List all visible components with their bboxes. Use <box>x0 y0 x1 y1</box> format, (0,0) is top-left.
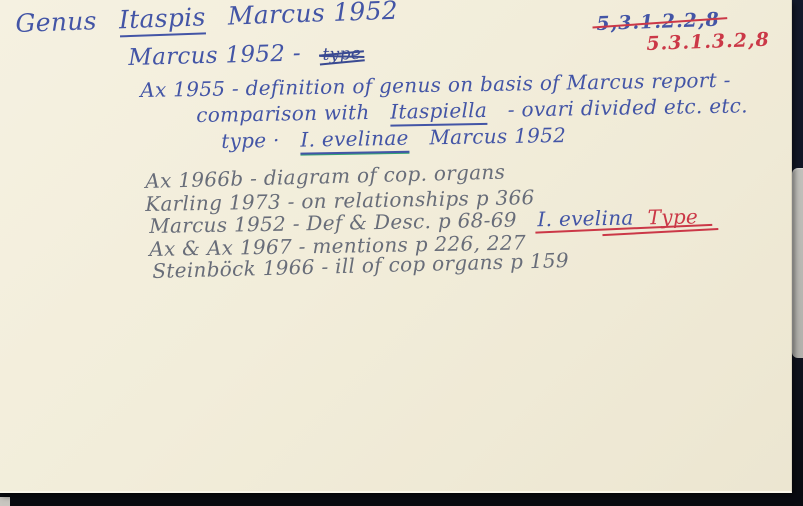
synonym-prefix: Marcus 1952 - <box>128 40 301 71</box>
index-card: Genus Itaspis Marcus 1952 5,3.1.2.2,8 5.… <box>0 0 792 493</box>
type-species-authority: Marcus 1952 <box>429 123 566 149</box>
scan-corner-artifact <box>0 497 10 506</box>
species-with-red-underline: I. evelinaType <box>537 204 698 231</box>
entry-prefix: comparison with <box>196 100 370 127</box>
catalog-number-current: 5.3.1.3.2,8 <box>646 29 770 55</box>
card-behind-edge <box>792 168 803 358</box>
itaspiella-underlined: Itaspiella <box>390 98 487 127</box>
catalog-number-current-line: 5.3.1.3.2,8 <box>646 29 770 55</box>
genus-authority: Marcus 1952 <box>227 0 398 31</box>
scanned-index-card-page: Genus Itaspis Marcus 1952 5,3.1.2.2,8 5.… <box>0 0 803 506</box>
type-species-name: I. evelinae <box>300 126 409 155</box>
type-annotation-red: Type <box>647 204 698 229</box>
type-species-green-underline: I. evelinae <box>300 126 409 156</box>
species-name: I. evelina <box>537 206 634 232</box>
scribbled-out-word: type <box>322 44 361 65</box>
type-label-prefix: type · <box>221 128 280 153</box>
genus-label: Genus <box>15 6 97 38</box>
entry-suffix: - ovari divided etc. etc. <box>508 93 748 121</box>
heading-synonym-line: Marcus 1952 - type <box>128 39 361 71</box>
genus-name-underlined: Itaspis <box>118 2 206 37</box>
entry-type-species: type · I. evelinae Marcus 1952 <box>221 123 566 153</box>
heading-genus-line: Genus Itaspis Marcus 1952 <box>15 0 398 38</box>
